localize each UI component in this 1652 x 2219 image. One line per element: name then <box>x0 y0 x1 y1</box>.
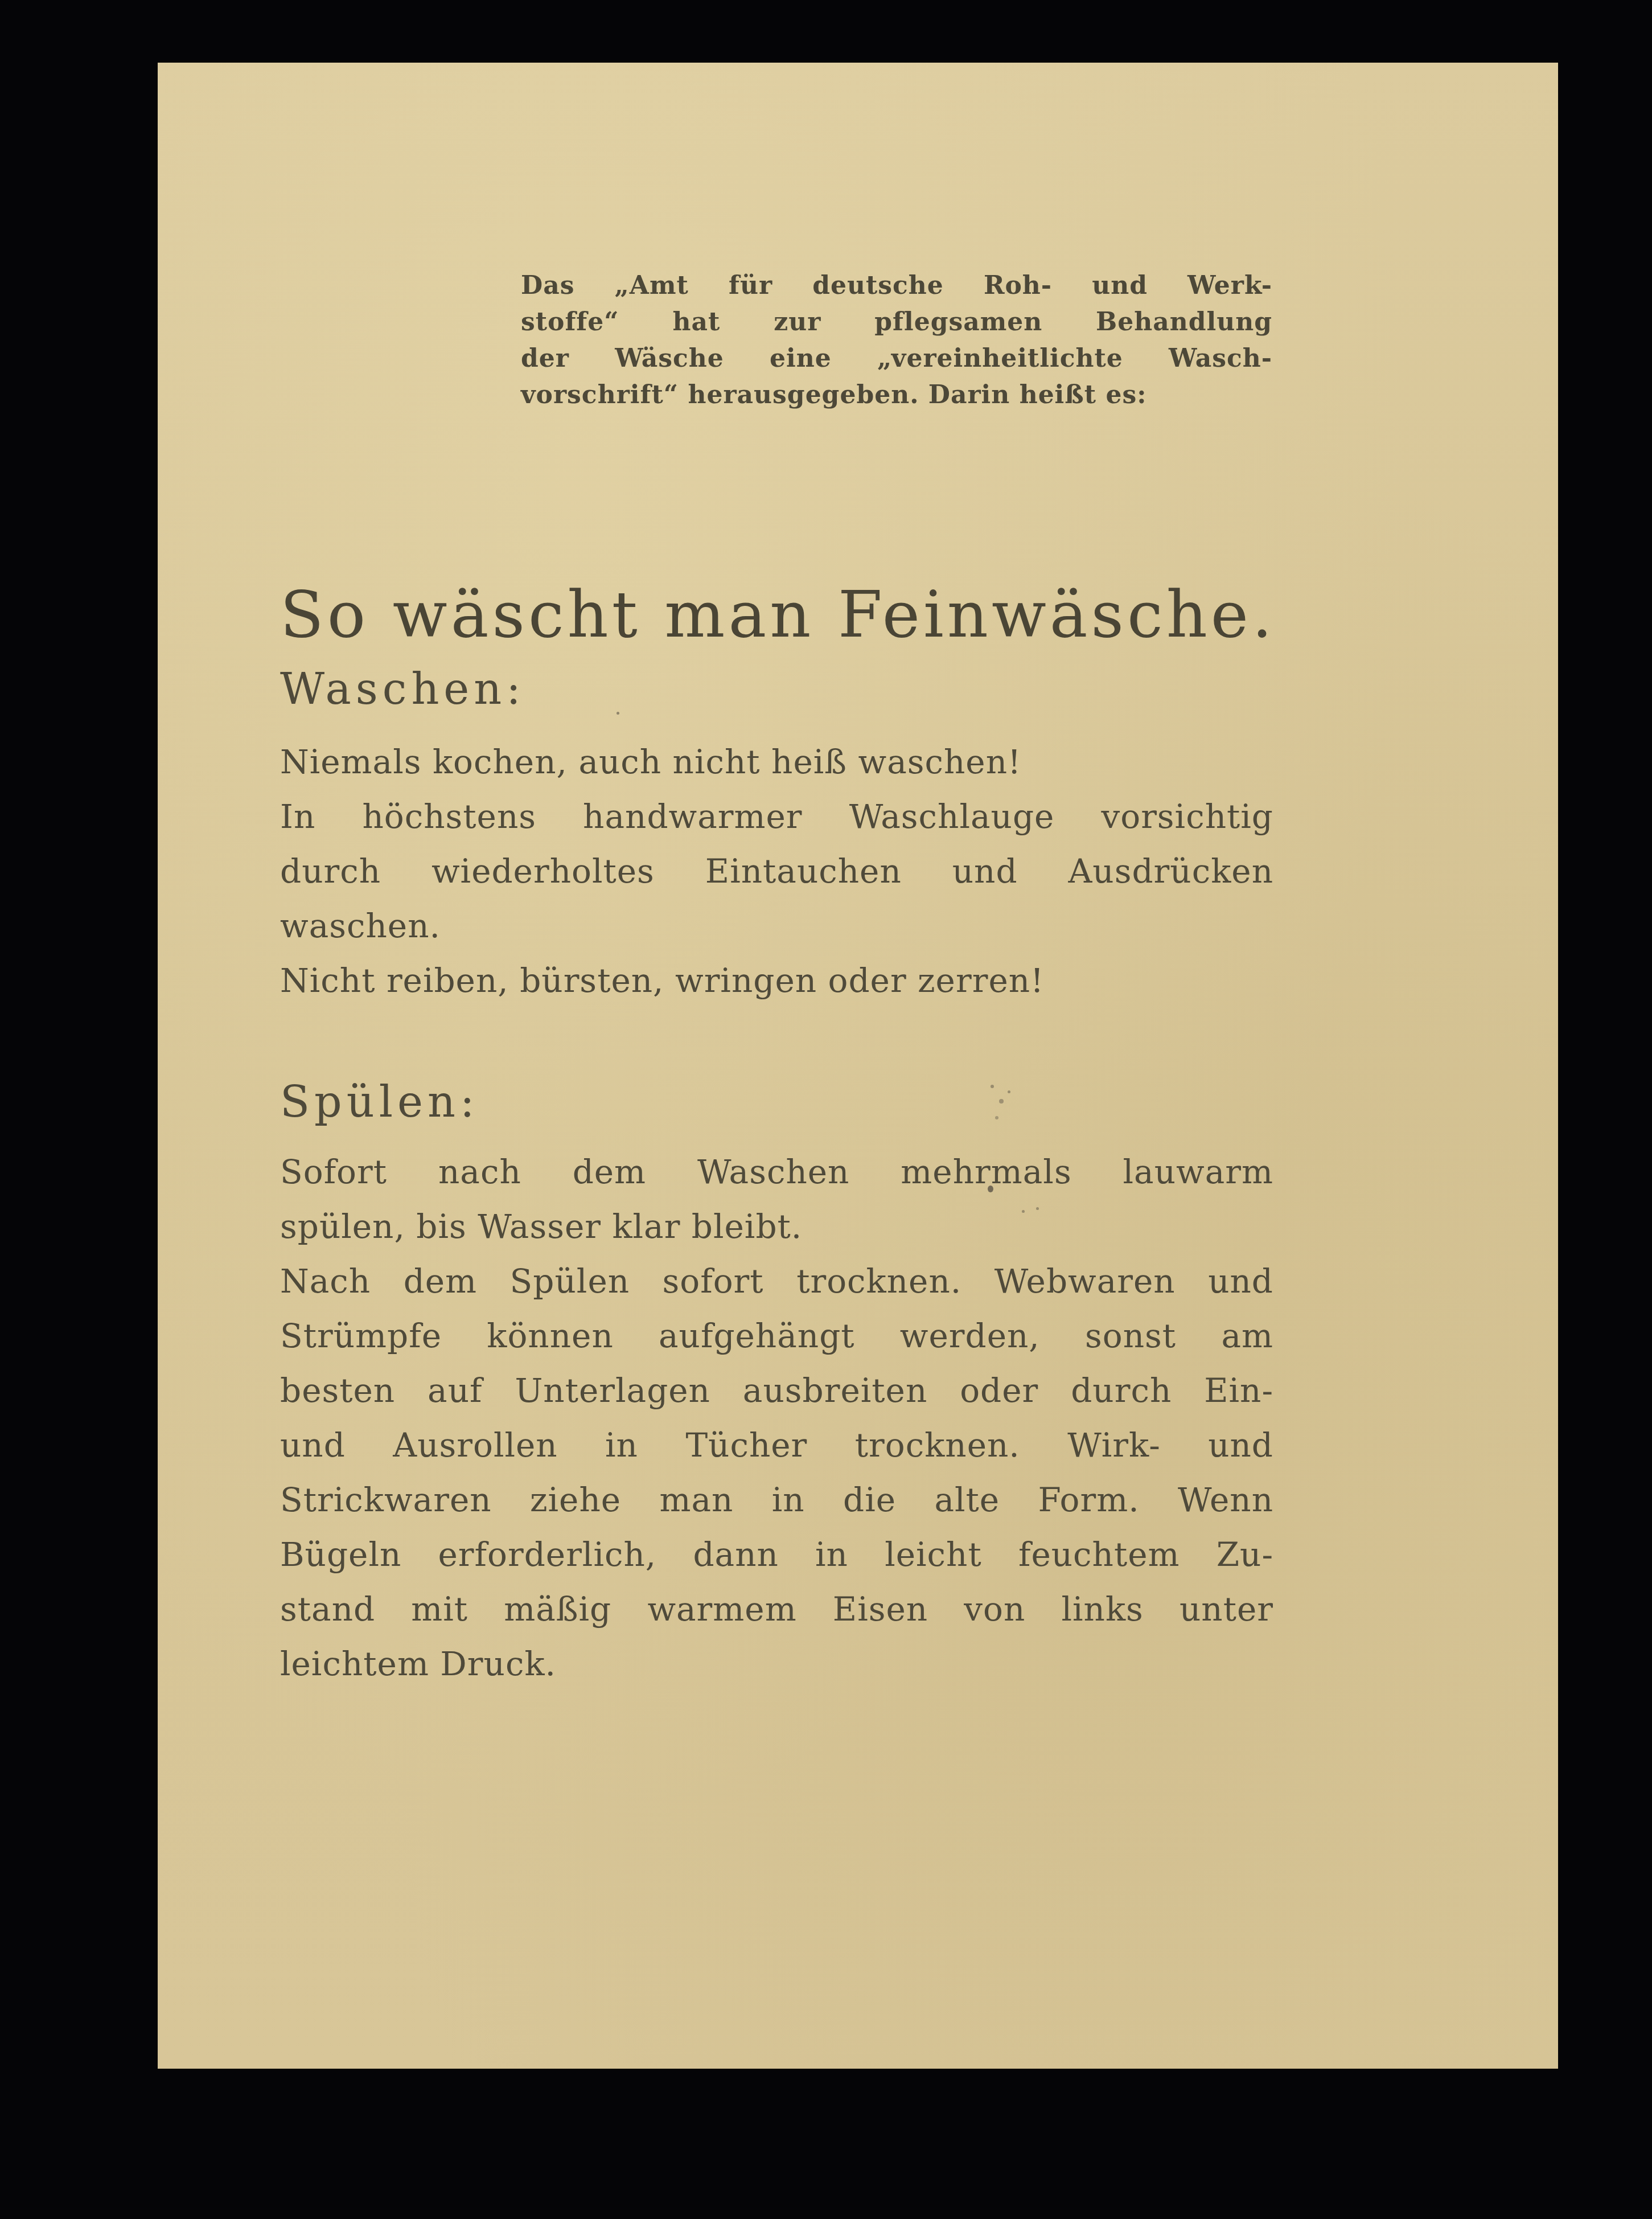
body-line: Strickwaren ziehe man in die alte Form. … <box>280 1473 1273 1527</box>
paper-blemish <box>617 712 619 715</box>
body-line: stand mit mäßig warmem Eisen von links u… <box>280 1582 1273 1636</box>
paper-blemish <box>999 1099 1004 1104</box>
paper-blemish <box>991 1085 994 1088</box>
intro-line: der Wäsche eine „vereinheitlichte Wasch- <box>521 341 1272 377</box>
body-line: Strümpfe können aufgehängt werden, sonst… <box>280 1309 1273 1363</box>
section-body-spuelen: Sofort nach dem Waschen mehrmals lauwarm… <box>280 1145 1273 1691</box>
body-line: durch wiederholtes Eintauchen und Ausdrü… <box>280 844 1273 899</box>
paper-blemish <box>1008 1090 1010 1093</box>
body-line: Nach dem Spülen sofort trocknen. Webware… <box>280 1254 1273 1309</box>
body-line: Niemals kochen, auch nicht heiß waschen! <box>280 735 1273 789</box>
paper-blemish <box>995 1116 998 1119</box>
intro-line: vorschrift“ herausgegeben. Darin heißt e… <box>521 377 1272 413</box>
page-title: So wäscht man Feinwäsche. <box>280 575 1282 655</box>
section-heading-spuelen: Spülen: <box>280 1073 479 1130</box>
section-body-waschen: Niemals kochen, auch nicht heiß waschen!… <box>280 735 1273 1008</box>
intro-line: stoffe“ hat zur pflegsamen Behandlung <box>521 304 1272 341</box>
body-line: spülen, bis Wasser klar bleibt. <box>280 1199 1273 1254</box>
section-heading-waschen: Waschen: <box>280 661 525 717</box>
body-line: waschen. <box>280 899 1273 953</box>
body-line: Nicht reiben, bürsten, wringen oder zerr… <box>280 953 1273 1008</box>
body-line: und Ausrollen in Tücher trocknen. Wirk- … <box>280 1418 1273 1473</box>
paper-blemish <box>1022 1210 1025 1213</box>
body-line: besten auf Unterlagen ausbreiten oder du… <box>280 1363 1273 1418</box>
body-line: Sofort nach dem Waschen mehrmals lauwarm <box>280 1145 1273 1199</box>
paper-blemish <box>1036 1207 1039 1210</box>
body-line: Bügeln erforderlich, dann in leicht feuc… <box>280 1527 1273 1582</box>
intro-line: Das „Amt für deutsche Roh- und Werk- <box>521 268 1272 304</box>
body-line: In höchstens handwarmer Waschlauge vorsi… <box>280 789 1273 844</box>
intro-paragraph: Das „Amt für deutsche Roh- und Werk- sto… <box>521 268 1272 413</box>
body-line: leichtem Druck. <box>280 1636 1273 1691</box>
paper-blemish <box>988 1186 993 1192</box>
